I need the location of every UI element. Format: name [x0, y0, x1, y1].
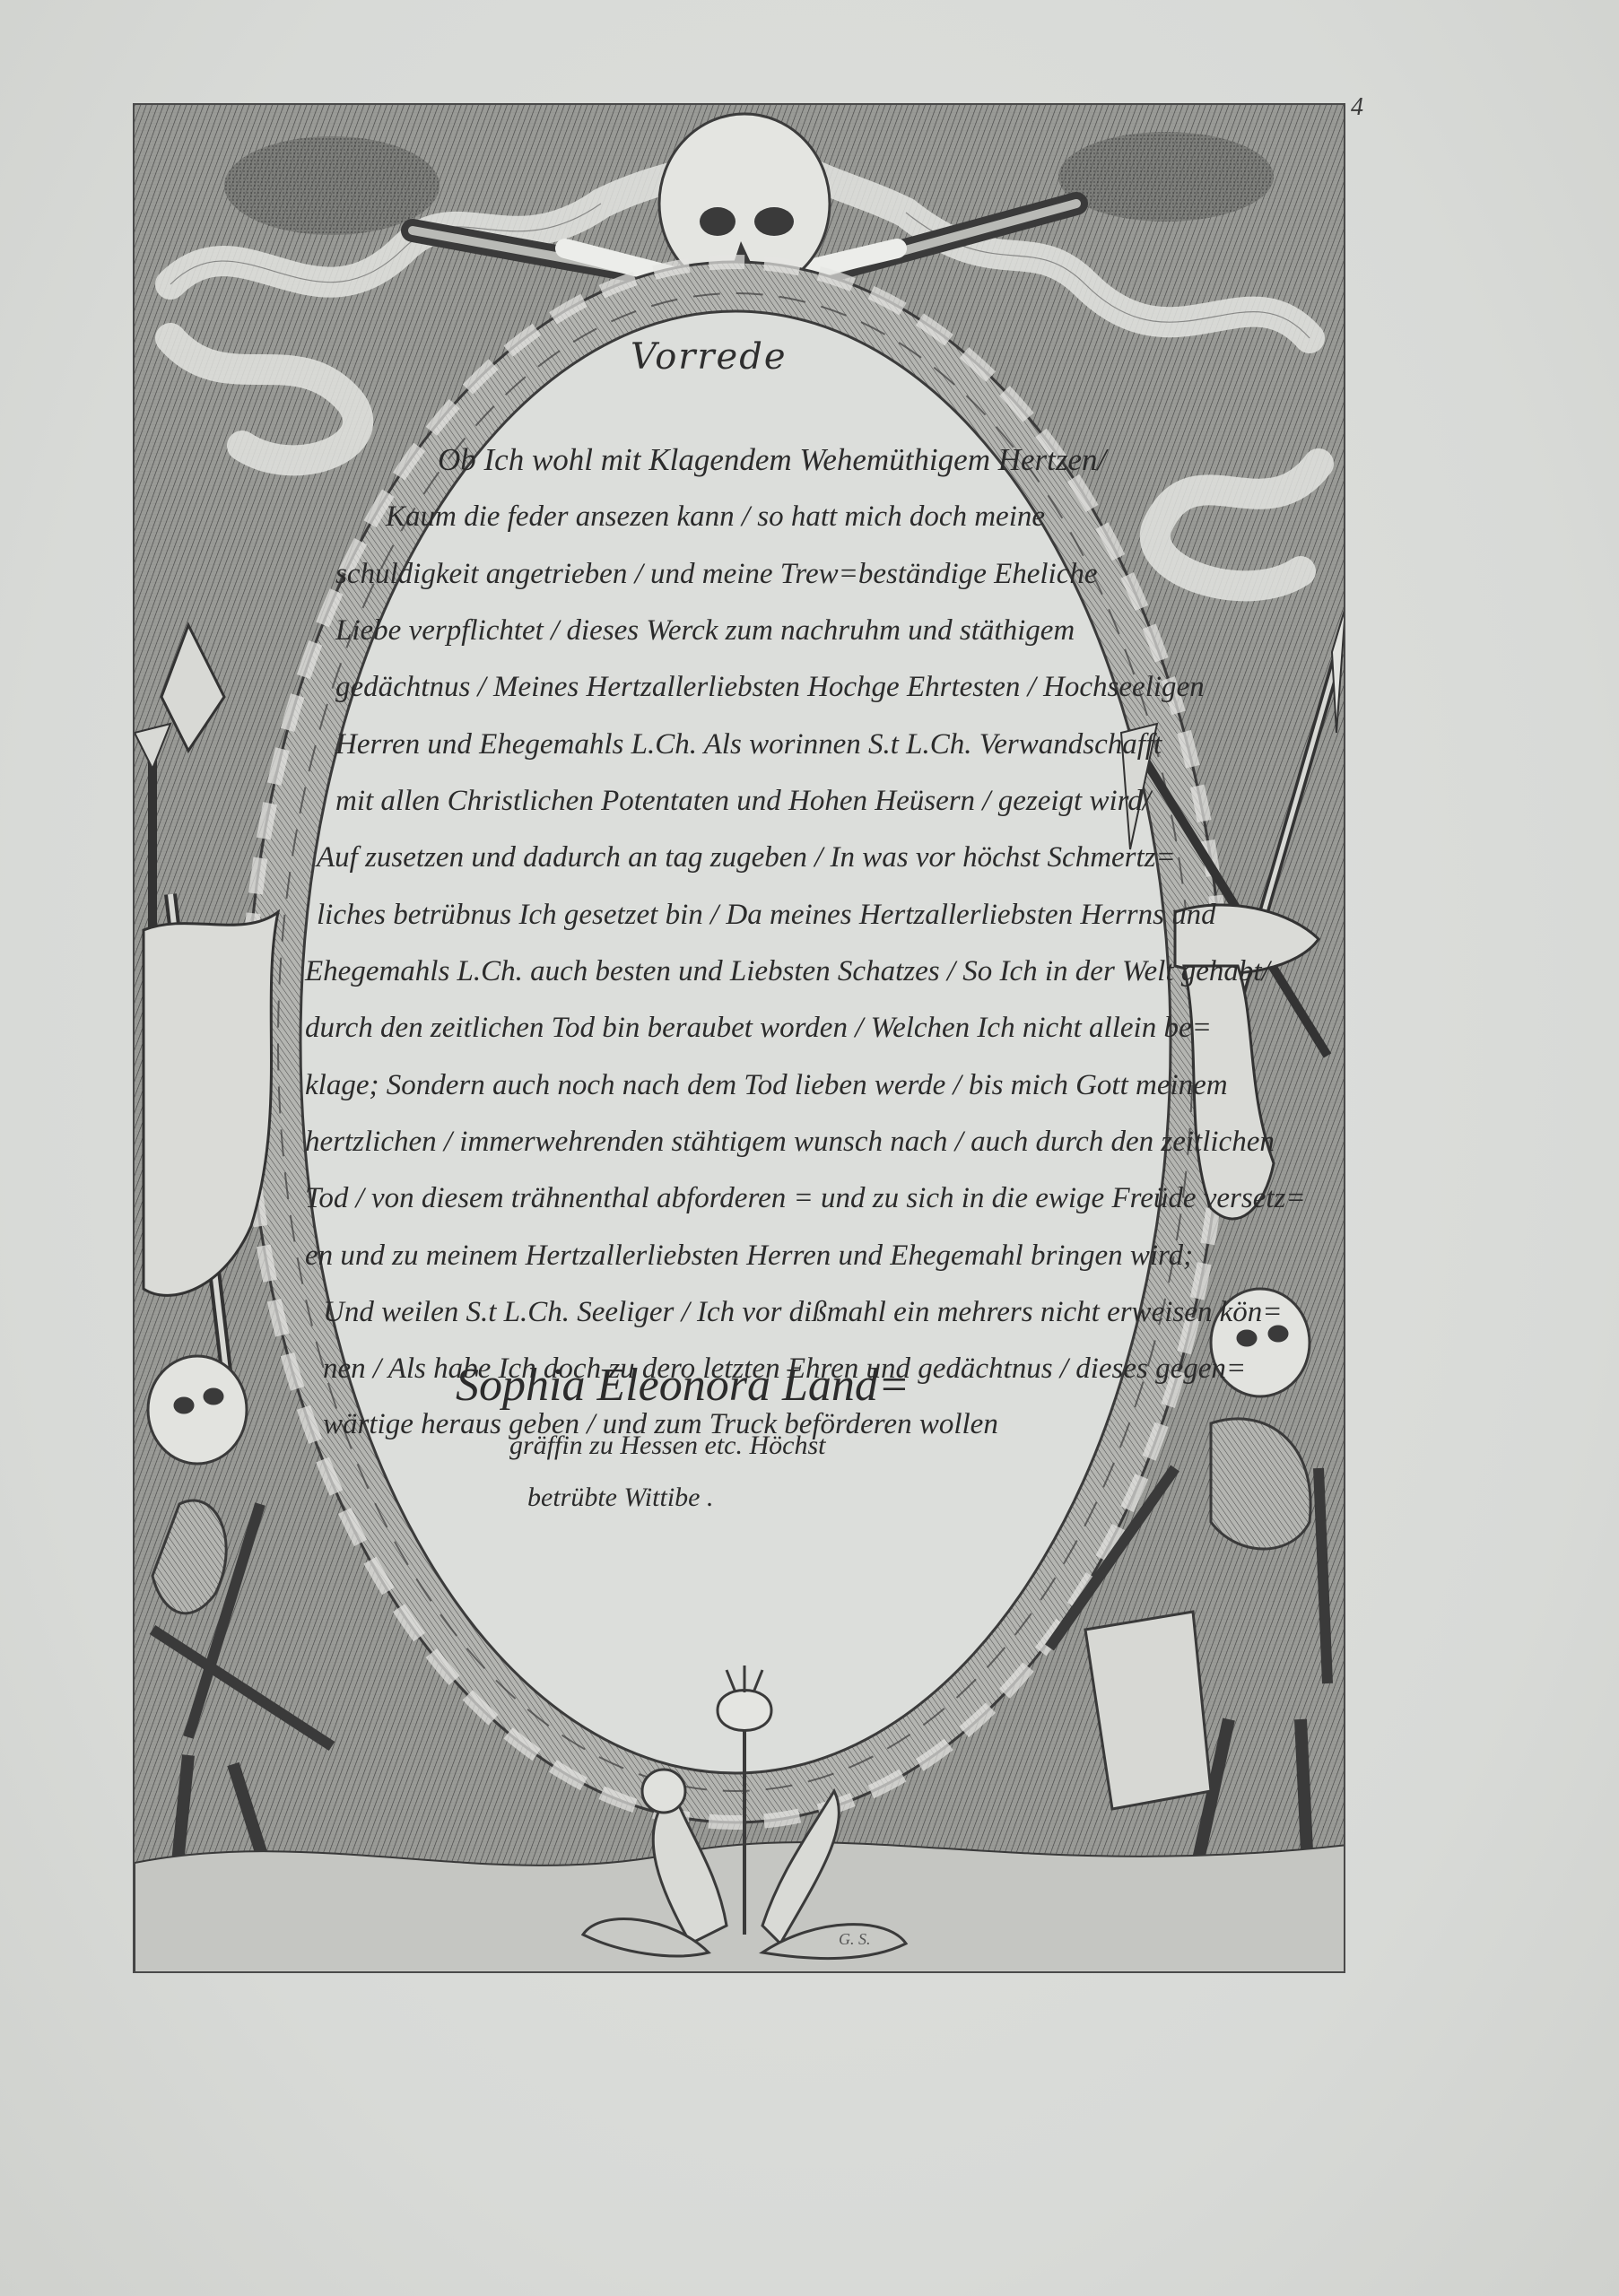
engraving-plate: G. S. Sculp. [133, 103, 1345, 1973]
page-number: 4 [1351, 93, 1363, 122]
laurel-wreath [247, 262, 1224, 1822]
engraving-illustration [135, 105, 1345, 1973]
smoke-cloud-right [1058, 132, 1274, 222]
ground [135, 1842, 1345, 1973]
engraver-monogram: G. S. [839, 1930, 871, 1949]
